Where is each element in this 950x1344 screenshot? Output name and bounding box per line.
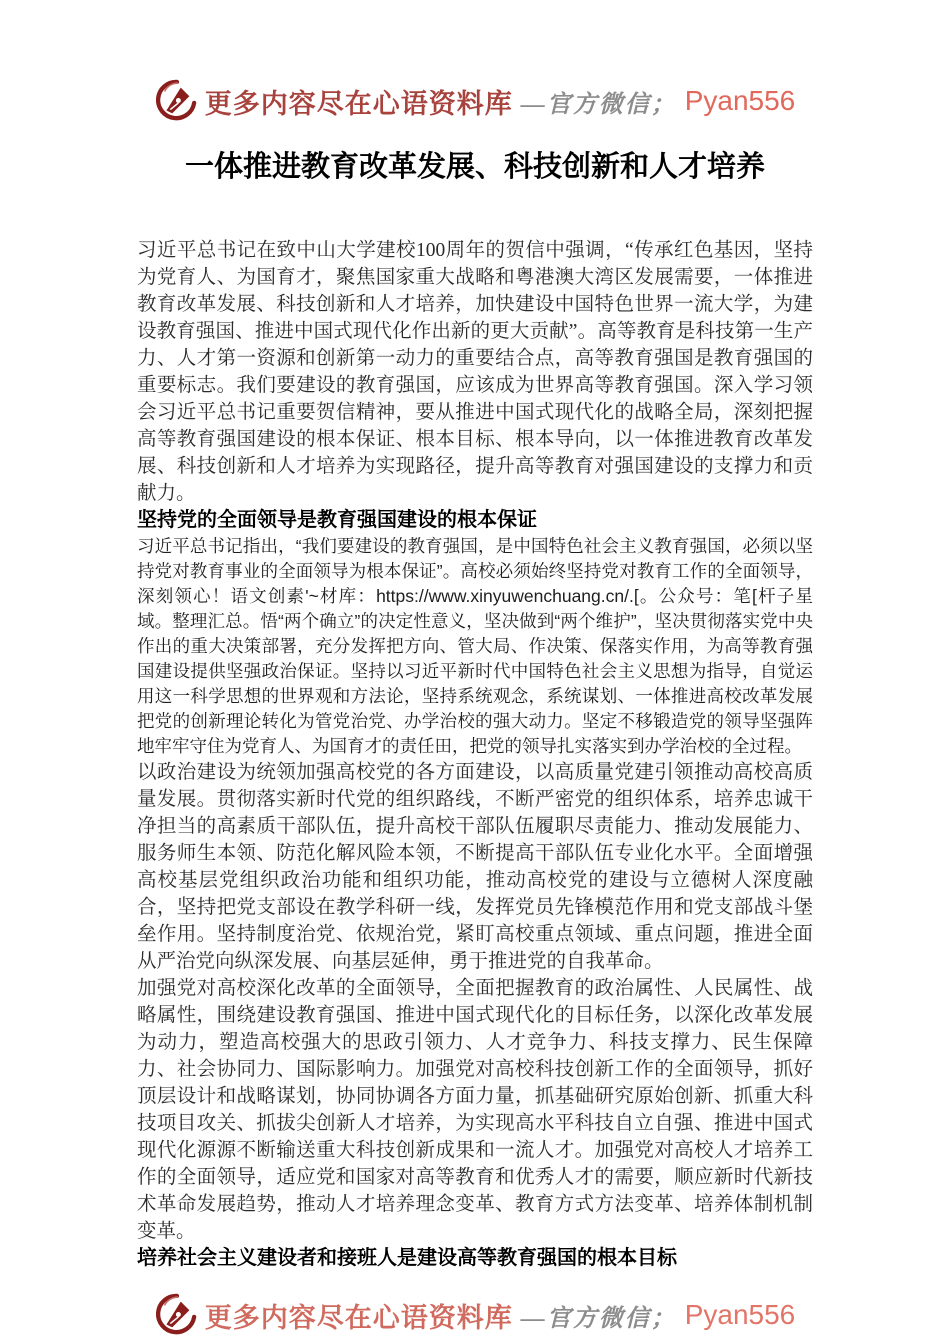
section-heading-party-leadership: 坚持党的全面领导是教育强国建设的根本保证: [137, 507, 813, 534]
watermark-brand-text: 更多内容尽在心语资料库: [205, 1296, 513, 1335]
footer-watermark: 更多内容尽在心语资料库 —官方微信； Pyan556: [0, 1292, 950, 1338]
paragraph-intro: 习近平总书记在致中山大学建校100周年的贺信中强调，“传承红色基因，坚持为党育人…: [137, 237, 813, 507]
document-page: 更多内容尽在心语资料库 —官方微信； Pyan556 一体推进教育改革发展、科技…: [0, 0, 950, 1344]
watermark-wechat-account: Pyan556: [685, 1299, 796, 1331]
paragraph-section1-b: 以政治建设为统领加强高校党的各方面建设，以高质量党建引领推动高校高质量发展。贯彻…: [137, 759, 813, 975]
document-title: 一体推进教育改革发展、科技创新和人才培养: [0, 144, 950, 185]
pen-seal-icon: [155, 1292, 197, 1338]
paragraph-section1-c: 加强党对高校深化改革的全面领导，全面把握教育的政治属性、人民属性、战略属性，围绕…: [137, 975, 813, 1245]
watermark-wechat-label: —官方微信；: [521, 1298, 677, 1333]
watermark-brand-text: 更多内容尽在心语资料库: [205, 82, 513, 121]
header-watermark: 更多内容尽在心语资料库 —官方微信； Pyan556: [0, 0, 950, 124]
watermark-wechat-account: Pyan556: [685, 85, 796, 117]
document-body: 习近平总书记在致中山大学建校100周年的贺信中强调，“传承红色基因，坚持为党育人…: [137, 237, 813, 1272]
paragraph-section1-a: 习近平总书记指出，“我们要建设的教育强国，是中国特色社会主义教育强国，必须以坚持…: [137, 534, 813, 759]
pen-seal-icon: [155, 78, 197, 124]
section-heading-successors-goal: 培养社会主义建设者和接班人是建设高等教育强国的根本目标: [137, 1245, 813, 1272]
watermark-wechat-label: —官方微信；: [521, 84, 677, 119]
